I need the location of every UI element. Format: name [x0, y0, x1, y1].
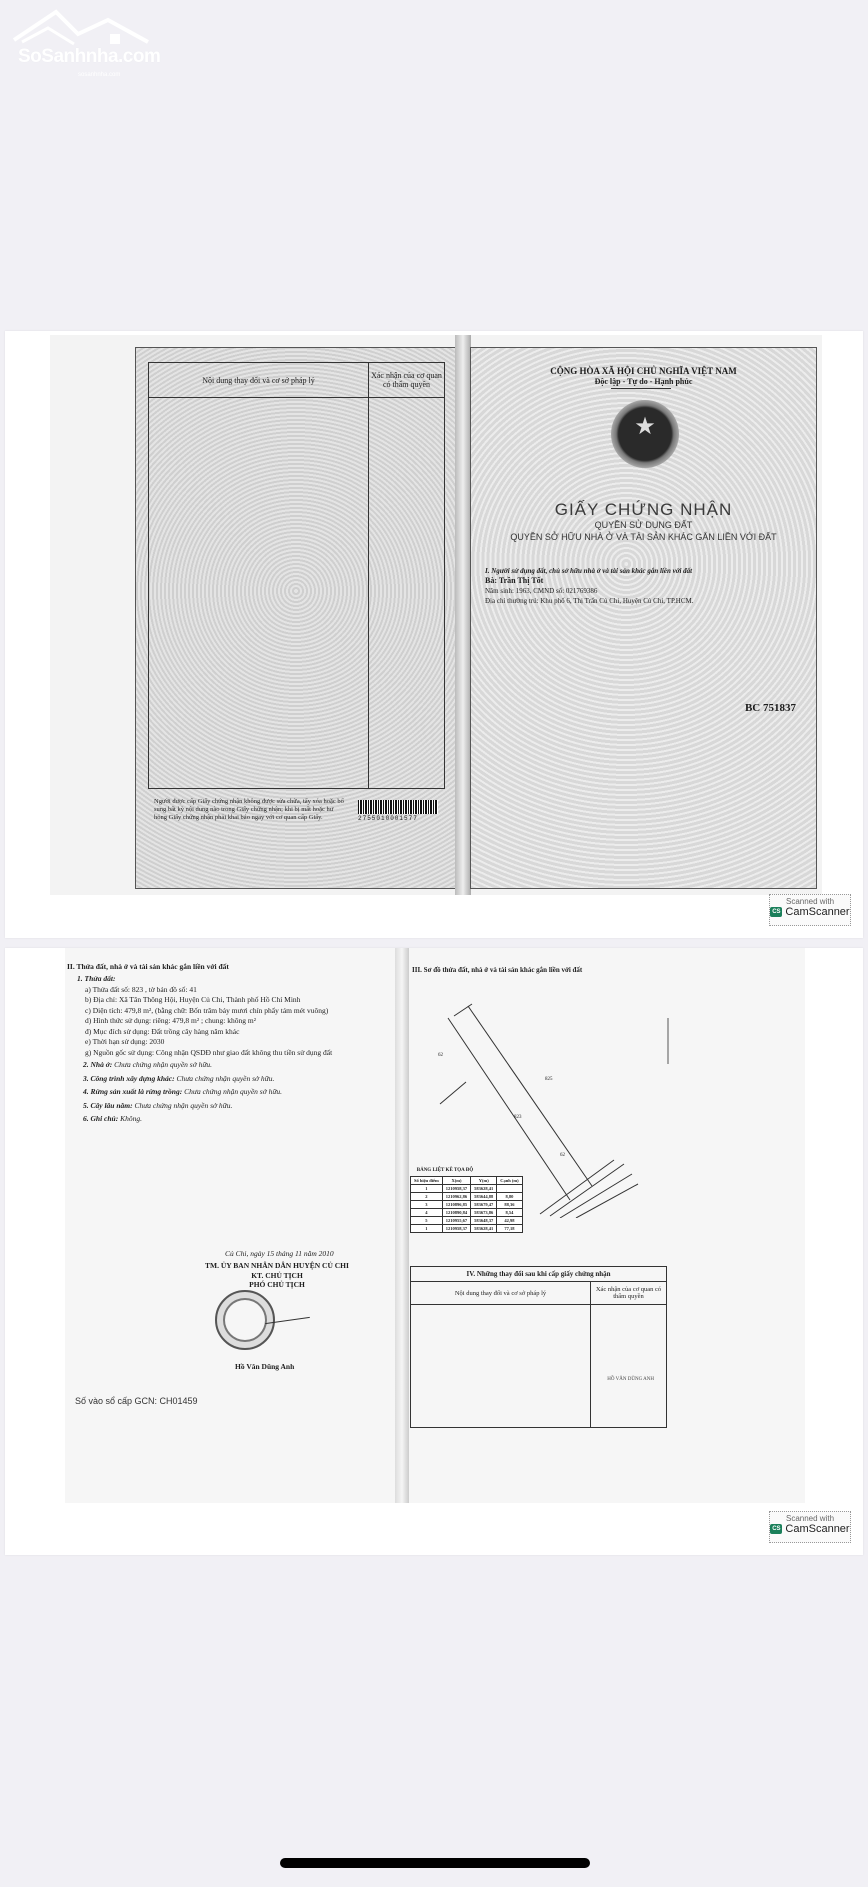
badge-line1: Scanned with — [770, 897, 850, 906]
owner-info: I. Người sử dụng đất, chủ sở hữu nhà ở v… — [485, 566, 805, 606]
item-forest: 4. Rừng sản xuất là rừng trồng: Chưa chứ… — [83, 1087, 282, 1098]
divider — [611, 388, 671, 389]
table-header-confirmation: Xác nhận của cơ quan có thẩm quyền — [369, 363, 444, 397]
camscanner-logo-icon: CS — [770, 907, 782, 917]
watermark-logo: SoSanhnha.com sosanhnha.com — [8, 6, 158, 80]
table-header-content: Nội dung thay đổi và cơ sở pháp lý — [149, 363, 369, 397]
republic-heading: CỘNG HÒA XÃ HỘI CHỦ NGHĨA VIỆT NAM — [471, 366, 816, 376]
coordinate-table-title: BẢNG LIỆT KÊ TỌA ĐỘ — [410, 1168, 480, 1173]
item-note: 6. Ghi chú: Không. — [83, 1114, 282, 1125]
camscanner-logo-icon: CS — [770, 1524, 782, 1534]
svg-text:823: 823 — [514, 1115, 522, 1120]
item-perennial: 5. Cây lâu năm: Chưa chứng nhận quyền sở… — [83, 1101, 282, 1112]
scanned-page-2: II. Thửa đất, nhà ở và tài sản khác gắn … — [5, 948, 863, 1555]
watermark-brand: SoSanhnha.com — [18, 46, 160, 68]
official-stamp-icon — [215, 1290, 275, 1350]
land-heading: 1. Thửa đất: — [77, 974, 332, 985]
land-line: d) Hình thức sử dụng: riêng: 479,8 m² ; … — [85, 1016, 332, 1027]
table-row: 11210958,37583628,41 — [411, 1185, 523, 1193]
item-house: 2. Nhà ở: Chưa chứng nhận quyền sở hữu. — [83, 1060, 282, 1071]
scanned-page-1: Nội dung thay đổi và cơ sở pháp lý Xác n… — [5, 331, 863, 938]
land-line: c) Diện tích: 479,8 m², (bằng chữ: Bốn t… — [85, 1006, 332, 1017]
coord-header: X(m) — [442, 1177, 470, 1185]
certificate-serial: BC 751837 — [745, 702, 796, 714]
certificate-right-leaf: CỘNG HÒA XÃ HỘI CHỦ NGHĨA VIỆT NAM Độc l… — [470, 347, 817, 889]
camscanner-badge: Scanned with CSCamScanner — [769, 1511, 851, 1543]
table-header-confirmation: Xác nhận của cơ quan có thẩm quyền — [591, 1282, 666, 1304]
svg-text:62: 62 — [560, 1153, 566, 1158]
barcode-number: 2755010001577 — [358, 815, 418, 822]
item-construction: 3. Công trình xây dựng khác: Chưa chứng … — [83, 1074, 282, 1085]
badge-line2: CamScanner — [785, 1523, 849, 1535]
coord-header: Y(m) — [471, 1177, 497, 1185]
page-fold — [395, 948, 409, 1503]
certificate-cover-scan: Nội dung thay đổi và cơ sở pháp lý Xác n… — [50, 335, 822, 895]
page-fold — [455, 335, 471, 895]
owner-heading: I. Người sử dụng đất, chủ sở hữu nhà ở v… — [485, 566, 805, 576]
coordinate-table: Số hiệu điểmX(m)Y(m)Cạnh (m) 11210958,37… — [410, 1176, 523, 1233]
sign-date: Củ Chi, ngày 15 tháng 11 năm 2010 — [225, 1249, 334, 1260]
sign-organization: TM. ỦY BAN NHÂN DÂN HUYỆN CỦ CHI KT. CHỦ… — [197, 1261, 357, 1290]
land-line: b) Địa chỉ: Xã Tân Thông Hội, Huyện Củ C… — [85, 995, 332, 1006]
watermark-tagline: sosanhnha.com — [78, 72, 120, 78]
section-2-heading: II. Thửa đất, nhà ở và tài sản khác gắn … — [67, 962, 229, 973]
land-line: g) Nguồn gốc sử dụng: Công nhận QSDĐ như… — [85, 1048, 332, 1059]
badge-line2: CamScanner — [785, 906, 849, 918]
book-number: Số vào sổ cấp GCN: CH01459 — [75, 1396, 198, 1407]
land-line: đ) Mục đích sử dụng: Đất trồng cây hàng … — [85, 1027, 332, 1038]
owner-birth: Năm sinh: 1963, CMND số: 021769386 — [485, 586, 805, 596]
certificate-left-leaf: Nội dung thay đổi và cơ sở pháp lý Xác n… — [135, 347, 457, 889]
certificate-notice: Người được cấp Giấy chứng nhận không đượ… — [154, 798, 344, 822]
changes-signer: HỒ VĂN DŨNG ANH — [607, 1377, 654, 1382]
svg-text:62: 62 — [438, 1053, 444, 1058]
changes-table: IV. Những thay đổi sau khi cấp giấy chứn… — [410, 1266, 667, 1428]
table-row: 51210955,67583648,3742,98 — [411, 1217, 523, 1225]
owner-name: Bà: Trần Thị Tốt — [485, 576, 805, 586]
owner-address: Địa chỉ thường trú: Khu phố 6, Thị Trấn … — [485, 596, 805, 606]
table-row: 11210958,37583628,4177,18 — [411, 1225, 523, 1233]
certificate-subtitle-2: QUYỀN SỞ HỮU NHÀ Ở VÀ TÀI SẢN KHÁC GẮN L… — [471, 532, 816, 542]
signer-name: Hồ Văn Dũng Anh — [235, 1362, 294, 1373]
section-3-heading: III. Sơ đồ thửa đất, nhà ở và tài sản kh… — [412, 966, 582, 974]
svg-text:825: 825 — [545, 1077, 553, 1082]
changes-table-title: IV. Những thay đổi sau khi cấp giấy chứn… — [411, 1267, 666, 1282]
camscanner-badge: Scanned with CSCamScanner — [769, 894, 851, 926]
badge-line1: Scanned with — [770, 1514, 850, 1523]
table-row: 31210896,85583679,4788,36 — [411, 1201, 523, 1209]
certificate-title: GIẤY CHỨNG NHẬN — [471, 500, 816, 520]
land-line: a) Thửa đất số: 823 , tờ bản đồ số: 41 — [85, 985, 332, 996]
land-map-section: III. Sơ đồ thửa đất, nhà ở và tài sản kh… — [410, 948, 805, 1503]
home-indicator[interactable] — [280, 1858, 590, 1868]
motto: Độc lập - Tự do - Hạnh phúc — [471, 377, 816, 386]
table-header-content: Nội dung thay đổi và cơ sở pháp lý — [411, 1282, 591, 1304]
land-line: e) Thời hạn sử dụng: 2030 — [85, 1037, 332, 1048]
house-roof-icon — [8, 6, 158, 50]
table-row: 41210890,84583673,868,54 — [411, 1209, 523, 1217]
certificate-subtitle-1: QUYỀN SỬ DỤNG ĐẤT — [471, 520, 816, 530]
national-emblem-icon: ★ — [611, 400, 679, 468]
barcode — [358, 800, 438, 814]
table-row: 21210962,86583644,888,80 — [411, 1193, 523, 1201]
coord-header: Cạnh (m) — [497, 1177, 522, 1185]
land-details: II. Thửa đất, nhà ở và tài sản khác gắn … — [65, 948, 395, 1503]
certificate-inner-scan: II. Thửa đất, nhà ở và tài sản khác gắn … — [65, 948, 805, 1503]
changes-table-blank: Nội dung thay đổi và cơ sở pháp lý Xác n… — [148, 362, 445, 789]
coord-header: Số hiệu điểm — [411, 1177, 443, 1185]
